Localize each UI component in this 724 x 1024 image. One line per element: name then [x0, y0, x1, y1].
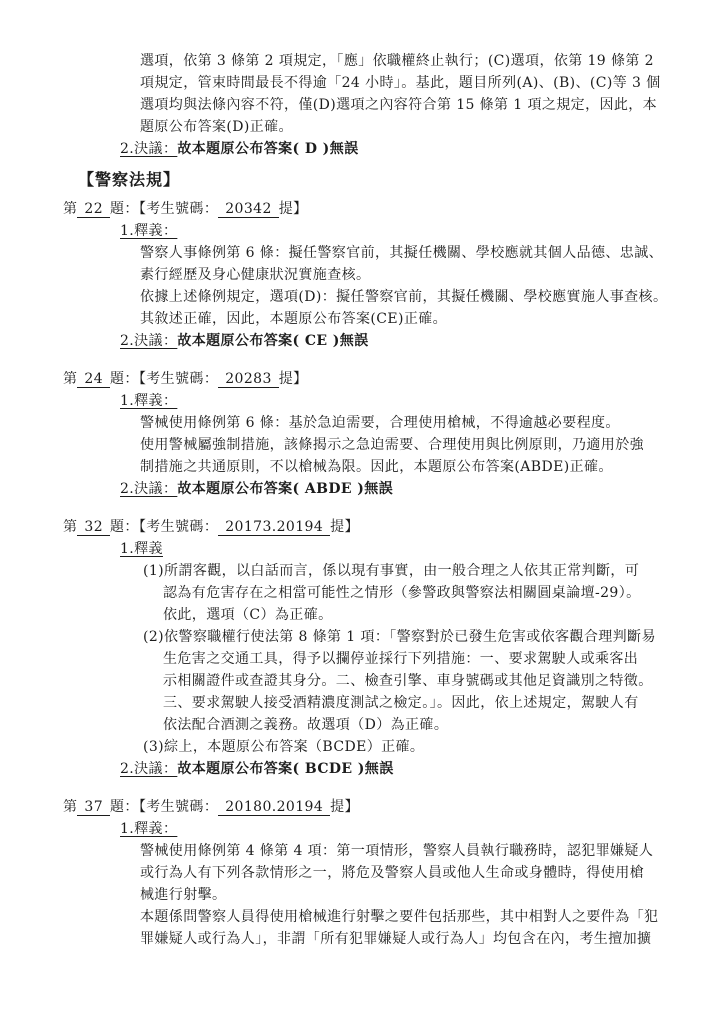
text-line: 制措施之共通原則，不以槍械為限。因此，本題原公布答案(ABDE)正確。	[140, 456, 724, 478]
resolution-text: 故本題原公布答案( ABDE )無誤	[177, 481, 393, 497]
question-prefix: 第	[63, 519, 77, 535]
candidate-number: 20342	[218, 201, 279, 218]
candidate-number: 20180.20194	[218, 799, 330, 816]
question-number: 24	[77, 371, 110, 388]
item-line: 認為有危害存在之相當可能性之情形（參警政與警察法相關圓桌論壇-29）。	[163, 582, 724, 604]
resolution-text: 故本題原公布答案( D )無誤	[177, 141, 358, 157]
question-title: 第32題：【考生號碼：20173.20194提】	[63, 516, 724, 538]
text-line: 使用警械屬強制措施，該條揭示之急迫需要、合理使用與比例原則，乃適用於強	[140, 434, 724, 456]
question-title: 第24題：【考生號碼：20283提】	[63, 368, 724, 390]
item-line: (2)依警察職權行使法第 8 條第 1 項：「警察對於已發生危害或依客觀合理判斷…	[143, 626, 724, 648]
interpretation-label: 1.釋義：	[120, 223, 177, 239]
question-suffix: 提】	[330, 519, 359, 535]
text-line: 械進行射擊。	[140, 884, 724, 906]
interpretation-label: 1.釋義：	[120, 821, 177, 837]
resolution-text: 故本題原公布答案( CE )無誤	[177, 333, 368, 349]
candidate-label: 題：【考生號碼：	[110, 799, 218, 815]
item-line: 生危害之交通工具，得予以攔停並採行下列措施：一、要求駕駛人或乘客出	[163, 648, 724, 670]
question-37: 第37題：【考生號碼：20180.20194提】 1.釋義： 警械使用條例第 4…	[0, 796, 724, 950]
text-line: 警械使用條例第 6 條：基於急迫需要，合理使用槍械，不得逾越必要程度。	[140, 412, 724, 434]
question-suffix: 提】	[330, 799, 359, 815]
section-header: 【警察法規】	[78, 168, 724, 192]
question-32: 第32題：【考生號碼：20173.20194提】 1.釋義 (1)所謂客觀，以白…	[0, 516, 724, 780]
candidate-label: 題：【考生號碼：	[110, 371, 218, 387]
item-line: 依此，選項（C）為正確。	[163, 604, 724, 626]
candidate-label: 題：【考生號碼：	[110, 519, 218, 535]
candidate-number: 20283	[218, 371, 279, 388]
question-title: 第22題：【考生號碼：20342提】	[63, 198, 724, 220]
item-line: 示相關證件或查證其身分。二、檢查引擎、車身號碼或其他足資識別之特徵。	[163, 670, 724, 692]
resolution-label: 2.決議：	[120, 141, 177, 157]
text-line: 選項均與法條內容不符，僅(D)選項之內容符合第 15 條第 1 項之規定，因此，…	[140, 94, 724, 116]
text-line: 或行為人有下列各款情形之一，將危及警察人員或他人生命或身體時，得使用槍	[140, 862, 724, 884]
question-title: 第37題：【考生號碼：20180.20194提】	[63, 796, 724, 818]
item-line: 依法配合酒測之義務。故選項（D）為正確。	[163, 714, 724, 736]
text-line: 罪嫌疑人或行為人」，非謂「所有犯罪嫌疑人或行為人」均包含在內，考生擅加擴	[140, 928, 724, 950]
question-number: 37	[77, 799, 110, 816]
resolution-line: 2.決議：故本題原公布答案( ABDE )無誤	[120, 478, 724, 500]
question-number: 32	[77, 519, 110, 536]
resolution-line: 2.決議：故本題原公布答案( CE )無誤	[120, 330, 724, 352]
text-line: 警械使用條例第 4 條第 4 項：第一項情形，警察人員執行職務時，認犯罪嫌疑人	[140, 840, 724, 862]
interpretation-label: 1.釋義	[120, 541, 163, 557]
interpretation-line: 1.釋義：	[120, 818, 724, 840]
question-number: 22	[77, 201, 110, 218]
candidate-number: 20173.20194	[218, 519, 330, 536]
question-prefix: 第	[63, 371, 77, 387]
interpretation-line: 1.釋義：	[120, 220, 724, 242]
question-22: 第22題：【考生號碼：20342提】 1.釋義： 警察人事條例第 6 條：擬任警…	[0, 198, 724, 352]
question-suffix: 提】	[279, 201, 308, 217]
resolution-label: 2.決議：	[120, 761, 177, 777]
interpretation-line: 1.釋義：	[120, 390, 724, 412]
candidate-label: 題：【考生號碼：	[110, 201, 218, 217]
text-line: 本題係問警察人員得使用槍械進行射擊之要件包括那些，其中相對人之要件為「犯	[140, 906, 724, 928]
continuation-paragraph: 選項，依第 3 條第 2 項規定，「應」依職權終止執行；(C)選項，依第 19 …	[0, 50, 724, 160]
question-prefix: 第	[63, 799, 77, 815]
text-line: 依據上述條例規定，選項(D)：擬任警察官前，其擬任機關、學校應實施人事查核。	[140, 286, 724, 308]
text-line: 素行經歷及身心健康狀況實施查核。	[140, 264, 724, 286]
text-line: 其敘述正確，因此，本題原公布答案(CE)正確。	[140, 308, 724, 330]
item-line: (3)綜上，本題原公布答案（BCDE）正確。	[143, 736, 724, 758]
question-prefix: 第	[63, 201, 77, 217]
text-line: 題原公布答案(D)正確。	[140, 116, 724, 138]
question-suffix: 提】	[279, 371, 308, 387]
resolution-text: 故本題原公布答案( BCDE )無誤	[177, 761, 393, 777]
text-line: 警察人事條例第 6 條：擬任警察官前，其擬任機關、學校應就其個人品德、忠誠、	[140, 242, 724, 264]
resolution-label: 2.決議：	[120, 333, 177, 349]
text-line: 項規定，管束時間最長不得逾「24 小時」。基此，題目所列(A)、(B)、(C)等…	[140, 72, 724, 94]
interpretation-line: 1.釋義	[120, 538, 724, 560]
resolution-label: 2.決議：	[120, 481, 177, 497]
document-page: 選項，依第 3 條第 2 項規定，「應」依職權終止執行；(C)選項，依第 19 …	[0, 0, 724, 1024]
resolution-line: 2.決議：故本題原公布答案( D )無誤	[120, 138, 724, 160]
text-line: 選項，依第 3 條第 2 項規定，「應」依職權終止執行；(C)選項，依第 19 …	[140, 50, 724, 72]
resolution-line: 2.決議：故本題原公布答案( BCDE )無誤	[120, 758, 724, 780]
item-line: (1)所謂客觀，以白話而言，係以現有事實，由一般合理之人依其正常判斷，可	[143, 560, 724, 582]
question-24: 第24題：【考生號碼：20283提】 1.釋義： 警械使用條例第 6 條：基於急…	[0, 368, 724, 500]
interpretation-label: 1.釋義：	[120, 393, 177, 409]
item-line: 三、要求駕駛人接受酒精濃度測試之檢定。」。因此，依上述規定，駕駛人有	[163, 692, 724, 714]
